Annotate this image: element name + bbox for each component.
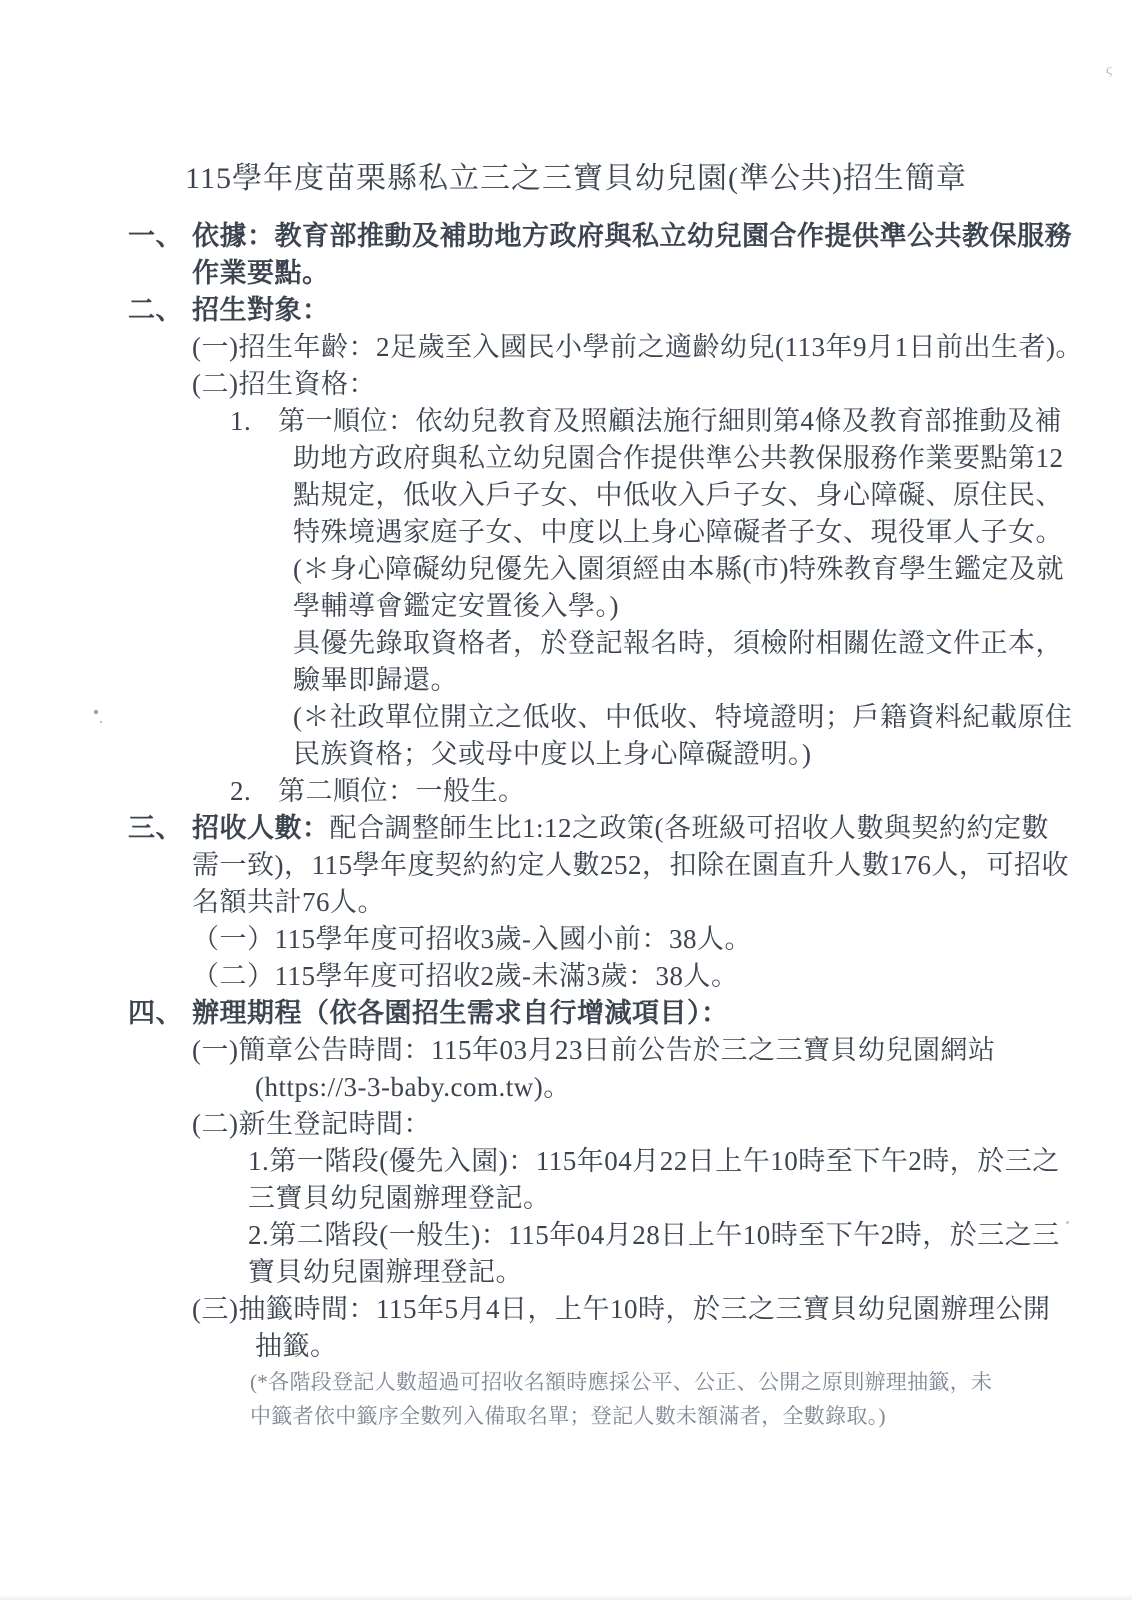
priority-1-note-disability-1: (＊身心障礙幼兒優先入園須經由本縣(市)特殊教育學生鑑定及就	[128, 551, 1024, 588]
scan-artifact-left-margin	[94, 710, 98, 714]
priority-2-item: 2. 第二順位：一般生。	[128, 773, 1024, 810]
priority-1-note-proof-1: (＊社政單位開立之低收、中低收、特境證明；戶籍資料紀載原住	[128, 699, 1024, 736]
priority-1-documents-1: 具優先錄取資格者，於登記報名時，須檢附相關佐證文件正本，	[128, 625, 1024, 662]
section-3-line-1: 招收人數：配合調整師生比1:12之政策(各班級可招收人數與契約約定數	[192, 810, 1049, 847]
priority-1-line-1: 第一順位：依幼兒教育及照顧法施行細則第4條及教育部推動及補	[278, 403, 1062, 440]
announcement-time-line-1: (一)簡章公告時間：115年03月23日前公告於三之三寶貝幼兒園網站	[128, 1032, 1024, 1069]
registration-stage-1-line-2: 三寶貝幼兒園辦理登記。	[128, 1180, 1024, 1217]
scan-artifact-right-margin	[1066, 1221, 1069, 1224]
registration-stage-2-line-2: 寶貝幼兒園辦理登記。	[128, 1254, 1024, 1291]
registration-stage-1-line-1: 1.第一階段(優先入園)：115年04月22日上午10時至下午2時，於三之	[128, 1143, 1024, 1180]
priority-2-number: 2.	[230, 773, 278, 810]
scan-artifact-top-right: ς	[1106, 62, 1116, 78]
section-4-marker: 四、	[128, 995, 192, 1032]
scan-artifact-bottom-edge	[0, 1594, 1132, 1600]
priority-1-line-2: 助地方政府與私立幼兒園合作提供準公共教保服務作業要點第12	[128, 440, 1024, 477]
section-1-basis: 一、 依據：教育部推動及補助地方政府與私立幼兒園合作提供準公共教保服務	[128, 218, 1024, 255]
section-4-schedule: 四、 辦理期程（依各園招生需求自行增減項目）：	[128, 995, 1024, 1032]
registration-stage-2-line-1: 2.第二階段(一般生)：115年04月28日上午10時至下午2時，於三之三	[128, 1217, 1024, 1254]
section-3-marker: 三、	[128, 810, 192, 847]
lottery-note-line-2: 中籤者依中籤序全數列入備取名單；登記人數未額滿者，全數錄取。)	[128, 1399, 1024, 1433]
section-1-basis-line-2: 作業要點。	[128, 255, 1024, 292]
section-3-quota: 三、 招收人數：配合調整師生比1:12之政策(各班級可招收人數與契約約定數	[128, 810, 1024, 847]
priority-1-note-disability-2: 學輔導會鑑定安置後入學。)	[128, 588, 1024, 625]
priority-1-documents-2: 驗畢即歸還。	[128, 662, 1024, 699]
section-2-heading: 招生對象：	[192, 292, 1024, 329]
section-1-marker: 一、	[128, 218, 192, 255]
section-3-line-2: 需一致)，115學年度契約約定人數252，扣除在園直升人數176人，可招收	[128, 847, 1024, 884]
section-3-heading-continuation: 配合調整師生比1:12之政策(各班級可招收人數與契約約定數	[330, 813, 1050, 843]
section-4-heading: 辦理期程（依各園招生需求自行增減項目）：	[192, 995, 1024, 1032]
priority-1-line-4: 特殊境遇家庭子女、中度以上身心障礙者子女、現役軍人子女。	[128, 514, 1024, 551]
section-2-target: 二、 招生對象：	[128, 292, 1024, 329]
section-2-item-qualification: (二)招生資格：	[128, 366, 1024, 403]
section-3-heading: 招收人數：	[192, 813, 330, 843]
section-2-marker: 二、	[128, 292, 192, 329]
lottery-time-line-1: (三)抽籤時間：115年5月4日，上午10時，於三之三寶貝幼兒園辦理公開	[128, 1291, 1024, 1328]
priority-1-item: 1. 第一順位：依幼兒教育及照顧法施行細則第4條及教育部推動及補	[128, 403, 1024, 440]
priority-1-line-3: 點規定，低收入戶子女、中低收入戶子女、身心障礙、原住民、	[128, 477, 1024, 514]
section-2-item-age: (一)招生年齡：2足歲至入國民小學前之適齡幼兒(113年9月1日前出生者)。	[128, 329, 1024, 366]
lottery-time-line-2: 抽籤。	[128, 1328, 1024, 1365]
section-3-item-age2: （二）115學年度可招收2歲-未滿3歲：38人。	[128, 958, 1024, 995]
priority-1-note-proof-2: 民族資格；父或母中度以上身心障礙證明。)	[128, 736, 1024, 773]
priority-1-number: 1.	[230, 403, 278, 440]
document-title: 115學年度苗栗縣私立三之三寶貝幼兒園(準公共)招生簡章	[128, 160, 1024, 198]
section-3-item-age3: （一）115學年度可招收3歲-入國小前：38人。	[128, 921, 1024, 958]
scanned-document-page: 115學年度苗栗縣私立三之三寶貝幼兒園(準公共)招生簡章 一、 依據：教育部推動…	[0, 0, 1132, 1600]
announcement-website-url: (https://3-3-baby.com.tw)。	[128, 1069, 1024, 1106]
document-body: 115學年度苗栗縣私立三之三寶貝幼兒園(準公共)招生簡章 一、 依據：教育部推動…	[128, 160, 1024, 1433]
section-1-basis-line-1: 依據：教育部推動及補助地方政府與私立幼兒園合作提供準公共教保服務	[192, 218, 1072, 255]
registration-time-heading: (二)新生登記時間：	[128, 1106, 1024, 1143]
section-3-line-3: 名額共計76人。	[128, 884, 1024, 921]
lottery-note-line-1: (*各階段登記人數超過可招收名額時應採公平、公正、公開之原則辦理抽籤，未	[128, 1365, 1024, 1399]
priority-2-line-1: 第二順位：一般生。	[278, 773, 1024, 810]
